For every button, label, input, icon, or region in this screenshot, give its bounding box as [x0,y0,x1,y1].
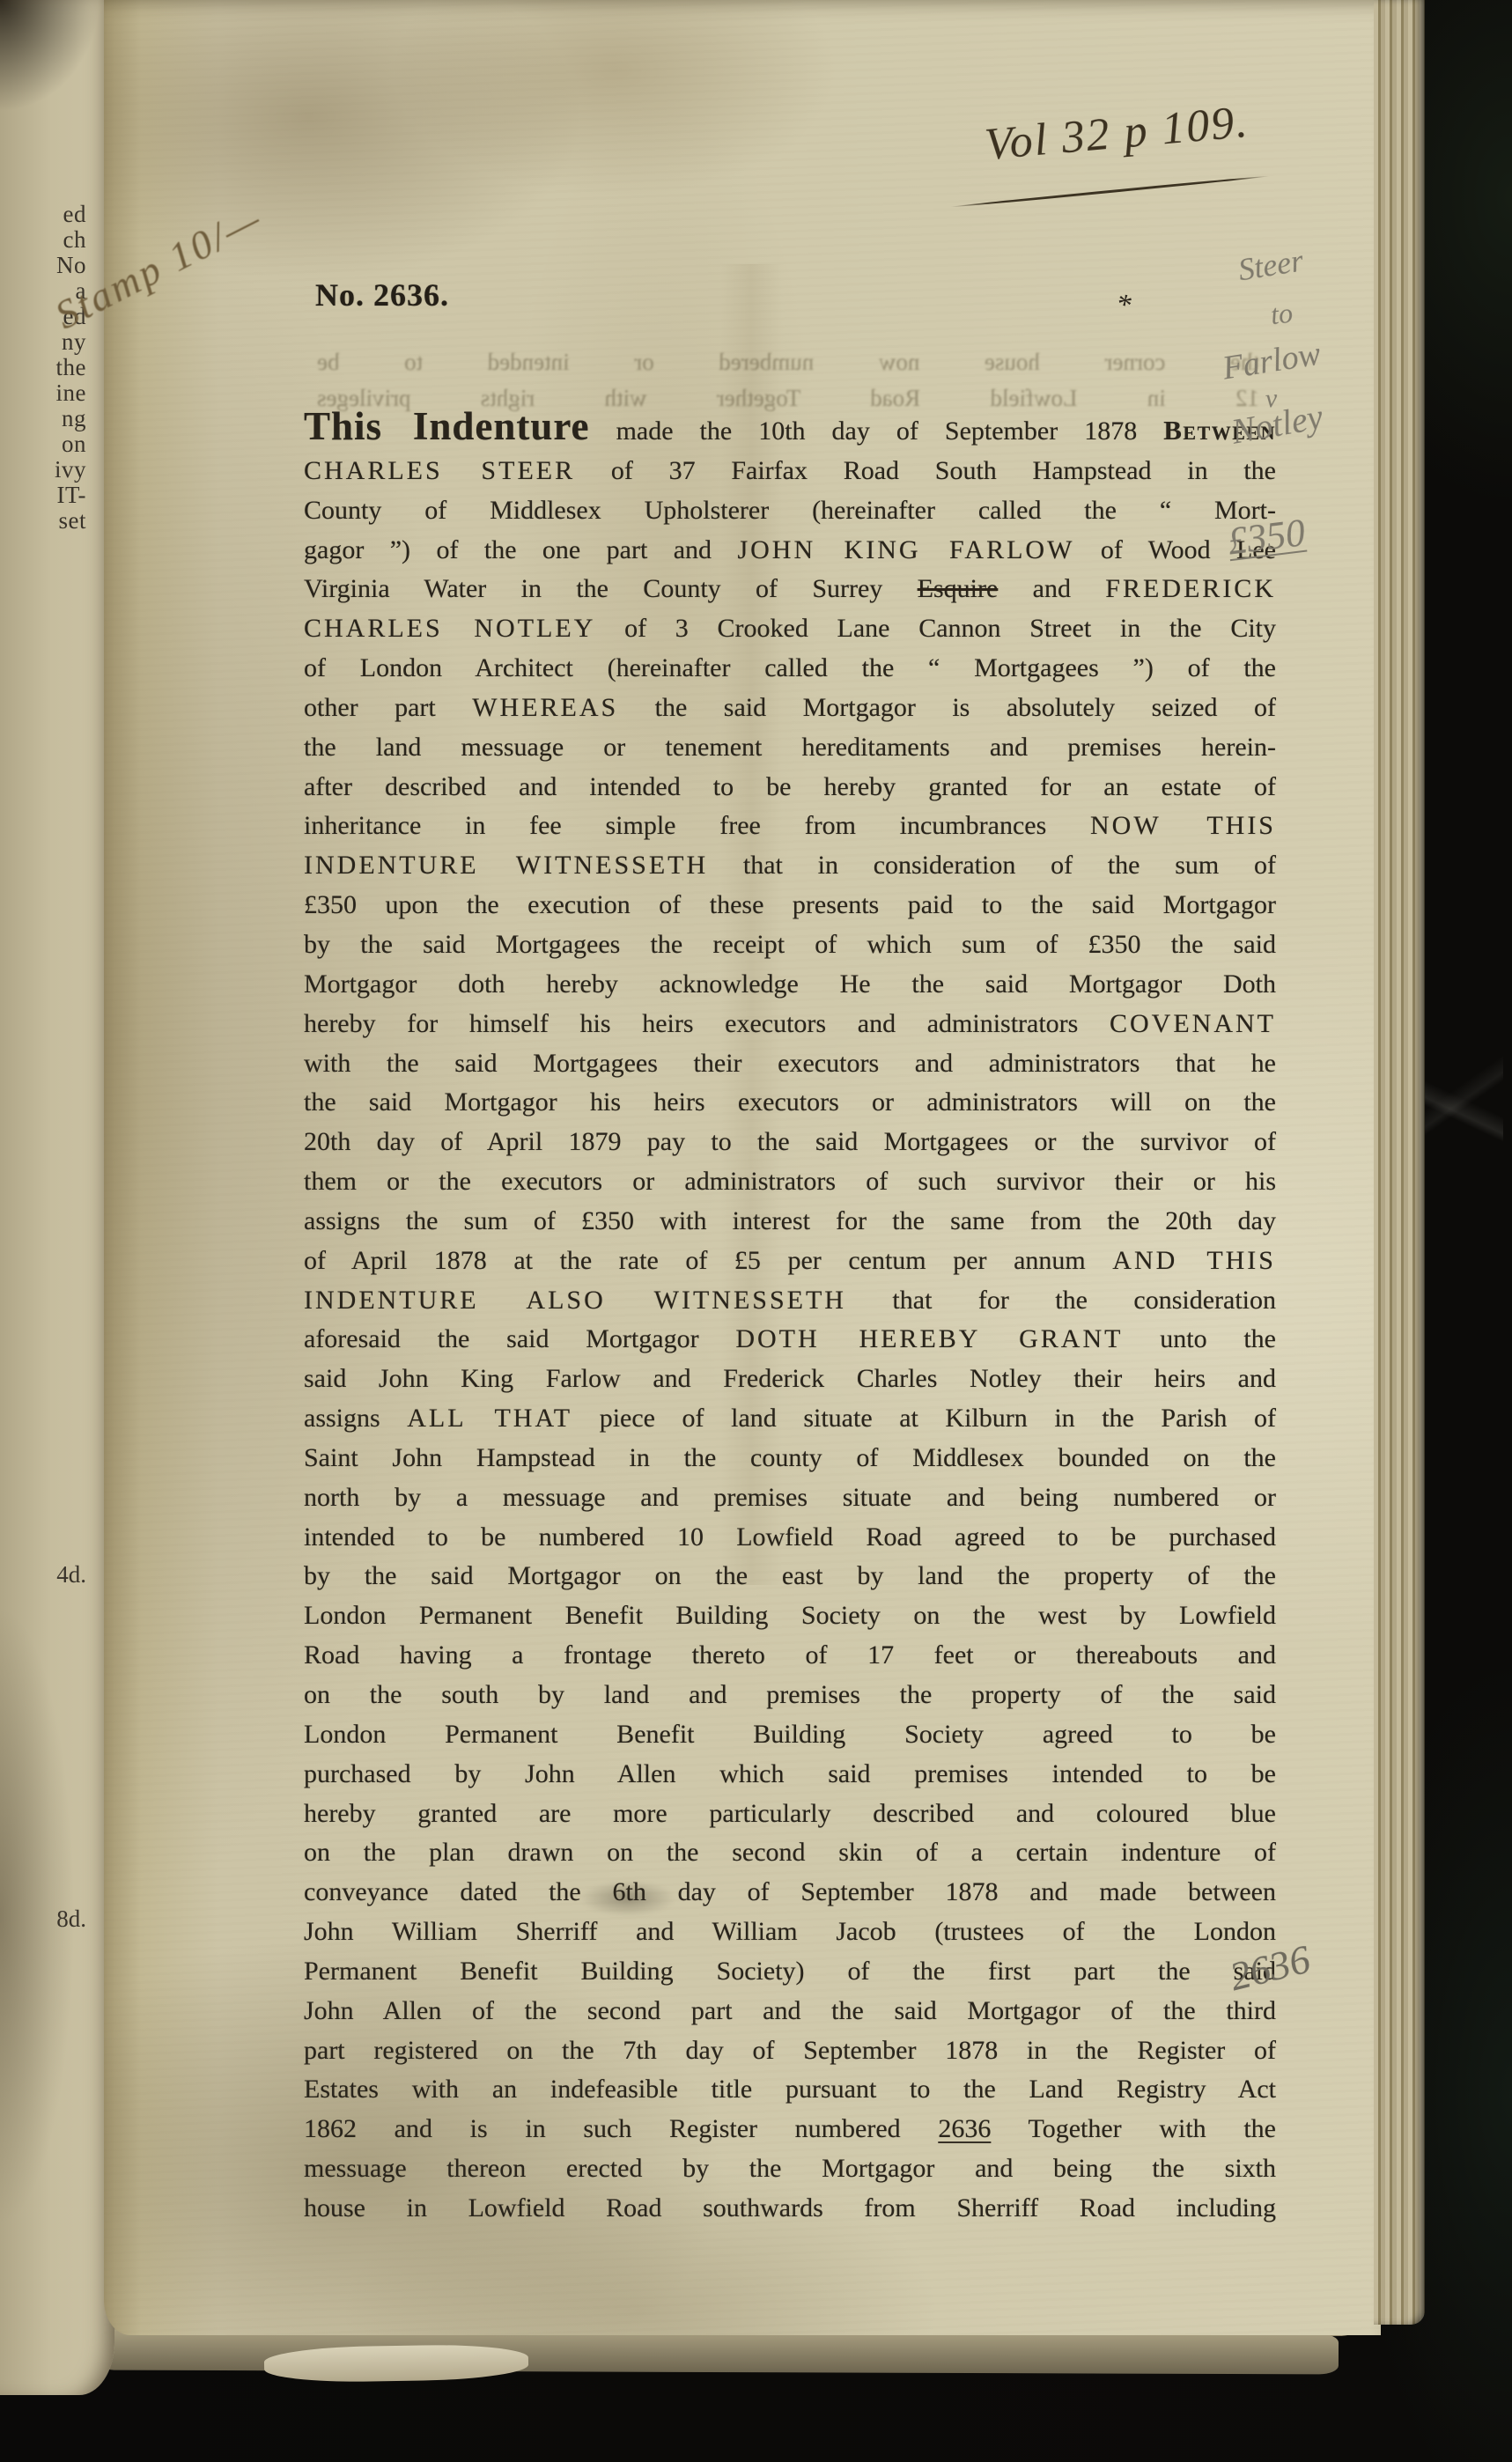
document-line: 20th day of April 1879 pay to the said M… [304,1123,1276,1162]
document-line: Estates with an indefeasible title pursu… [304,2070,1276,2110]
document-line: said John King Farlow and Frederick Char… [304,1360,1276,1399]
document-line: gagor ”) of the one part and JOHN KING F… [304,531,1276,571]
text-fragment: ine [0,380,86,406]
document-line: aforesaid the said Mortgagor DOTH HEREBY… [304,1320,1276,1360]
document-line: This Indenture made the 10th day of Sept… [304,407,1276,452]
document-line: them or the executors or administrators … [304,1162,1276,1202]
document-line: CHARLES NOTLEY of 3 Crooked Lane Cannon … [304,609,1276,649]
document-line: 1862 and is in such Register numbered 26… [304,2110,1276,2149]
document-line: on the south by land and premises the pr… [304,1676,1276,1715]
document-line: the land messuage or tenement hereditame… [304,728,1276,768]
text-fragment: No [0,253,86,278]
document-line: hereby granted are more particularly des… [304,1795,1276,1834]
document-line: CHARLES STEER of 37 Fairfax Road South H… [304,452,1276,491]
document-line: hereby for himself his heirs executors a… [304,1005,1276,1044]
document-line: London Permanent Benefit Building Societ… [304,1596,1276,1636]
document-line: £350 upon the execution of these present… [304,886,1276,925]
document-line: purchased by John Allen which said premi… [304,1755,1276,1795]
document-line: house in Lowfield Road southwards from S… [304,2189,1276,2229]
text-fragment: IT- [0,483,86,508]
previous-page-sliver: edchNoaednytheinengonivyIT-set 4d. 8d. [0,0,114,2395]
text-fragment: ng [0,406,86,431]
document-line: assigns the sum of £350 with interest fo… [304,1202,1276,1242]
margin-note-amount: £350 [1225,510,1308,564]
document-line: of London Architect (hereinafter called … [304,649,1276,689]
document-line: Saint John Hampstead in the county of Mi… [304,1439,1276,1478]
previous-page-text-fragments: edchNoaednytheinengonivyIT-set [0,202,86,534]
text-fragment: ivy [0,457,86,483]
document-line: John Allen of the second part and the sa… [304,1992,1276,2031]
document-line: Mortgagor doth hereby acknowledge He the… [304,965,1276,1005]
document-number: No. 2636. [315,276,449,313]
document-body: This Indenture made the 10th day of Sept… [304,407,1276,2229]
fee-note: 8d. [0,1905,86,1933]
document-line: INDENTURE WITNESSETH that in considerati… [304,846,1276,886]
document-line: part registered on the 7th day of Septem… [304,2031,1276,2071]
document-line: London Permanent Benefit Building Societ… [304,1715,1276,1755]
margin-note-to: to [1269,297,1294,331]
right-page-stack-edge [1374,0,1425,2325]
document-line: the said Mortgagor his heirs executors o… [304,1083,1276,1123]
text-fragment: set [0,508,86,534]
bleed-through-line: the corner house now numbered or intende… [317,349,1259,376]
document-line: by the said Mortgagees the receipt of wh… [304,925,1276,965]
register-book-scan: edchNoaednytheinengonivyIT-set 4d. 8d. V… [0,0,1512,2462]
document-line: on the plan drawn on the second skin of … [304,1833,1276,1873]
text-fragment: ch [0,227,86,253]
fee-note: 4d. [0,1561,86,1589]
document-line: messuage thereon erected by the Mortgago… [304,2149,1276,2189]
document-line: John William Sherriff and William Jacob … [304,1913,1276,1952]
document-line: with the said Mortgagees their executors… [304,1044,1276,1084]
document-line: other part WHEREAS the said Mortgagor is… [304,689,1276,728]
document-line: Permanent Benefit Building Society) of t… [304,1952,1276,1992]
document-line: intended to be numbered 10 Lowfield Road… [304,1518,1276,1558]
document-line: after described and intended to be hereb… [304,768,1276,807]
text-fragment: ed [0,202,86,227]
document-line: inheritance in fee simple free from incu… [304,807,1276,846]
document-line: of April 1878 at the rate of £5 per cent… [304,1242,1276,1281]
document-line: north by a messuage and premises situate… [304,1478,1276,1518]
document-line: assigns ALL THAT piece of land situate a… [304,1399,1276,1439]
text-fragment: the [0,355,86,380]
text-fragment: on [0,431,86,457]
document-line: INDENTURE ALSO WITNESSETH that for the c… [304,1281,1276,1321]
document-line: Road having a frontage thereto of 17 fee… [304,1636,1276,1676]
document-line: County of Middlesex Upholsterer (hereina… [304,491,1276,531]
document-line: by the said Mortgagor on the east by lan… [304,1557,1276,1596]
document-line: Virginia Water in the County of Surrey E… [304,570,1276,609]
document-line: conveyance dated the 6th day of Septembe… [304,1873,1276,1913]
